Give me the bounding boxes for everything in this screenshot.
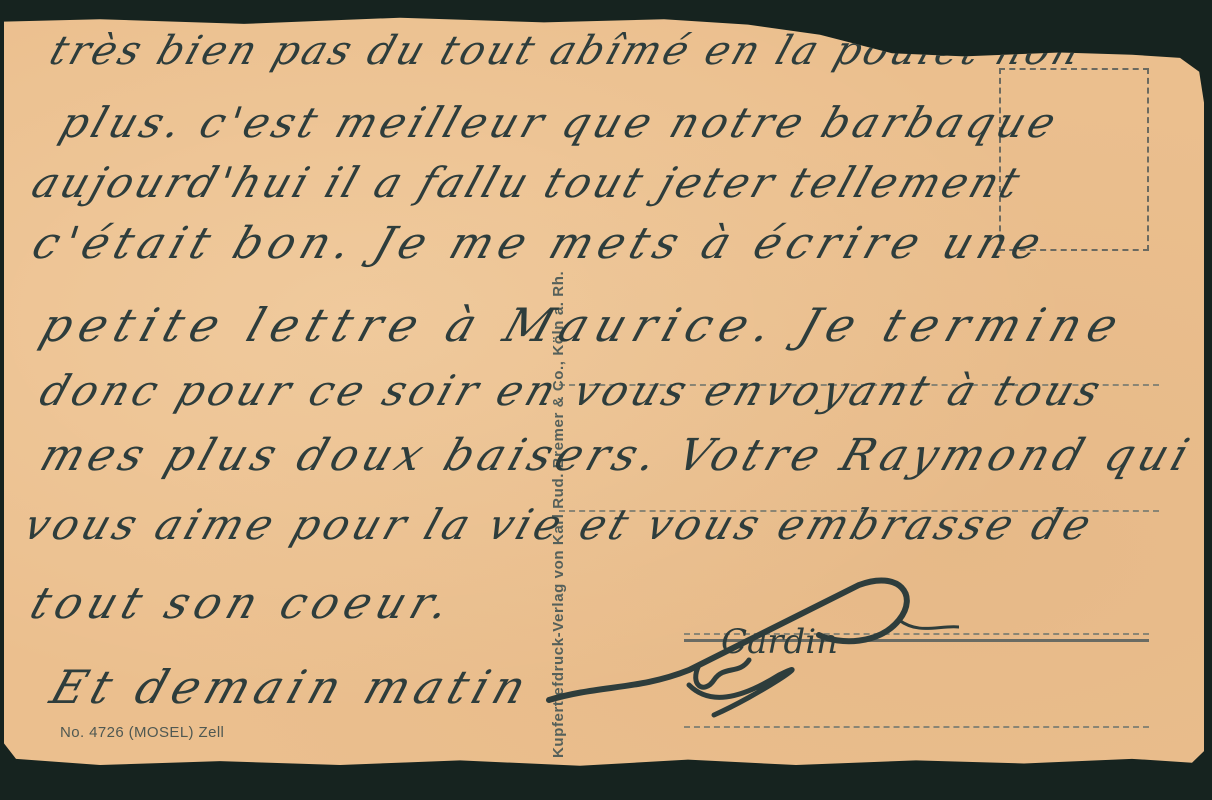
svg-text:Cardin: Cardin [721, 622, 838, 662]
card-number-caption: No. 4726 (MOSEL) Zell [60, 724, 224, 741]
handwritten-line-7: mes plus doux baisers. Votre Raymond qui [34, 430, 1200, 481]
handwritten-line-3: aujourd'hui il a fallu tout jeter tellem… [26, 158, 1029, 207]
handwritten-line-5: petite lettre à Maurice. Je termine [34, 298, 1133, 352]
postcard-back: Kupfertiefdruck-Verlag von Karl Rud. Bre… [4, 10, 1204, 782]
handwritten-line-4: c'était bon. Je me mets à écrire une [26, 218, 1053, 269]
handwritten-line-6: donc pour ce soir en vous envoyant à tou… [34, 366, 1110, 415]
handwritten-line-8: vous aime pour la vie et vous embrasse d… [18, 500, 1101, 549]
handwritten-line-2: plus. c'est meilleur que notre barbaque [54, 98, 1066, 147]
handwritten-line-10: Et demain matin [44, 660, 539, 714]
handwritten-line-9: tout son coeur. [24, 578, 462, 629]
signature-flourish-icon: Cardin [539, 575, 959, 735]
scanned-postcard-image: Kupfertiefdruck-Verlag von Karl Rud. Bre… [0, 0, 1212, 800]
signature: Cardin [539, 575, 959, 735]
handwritten-line-1: très bien pas du tout abîmé en la poulet… [44, 28, 1089, 74]
